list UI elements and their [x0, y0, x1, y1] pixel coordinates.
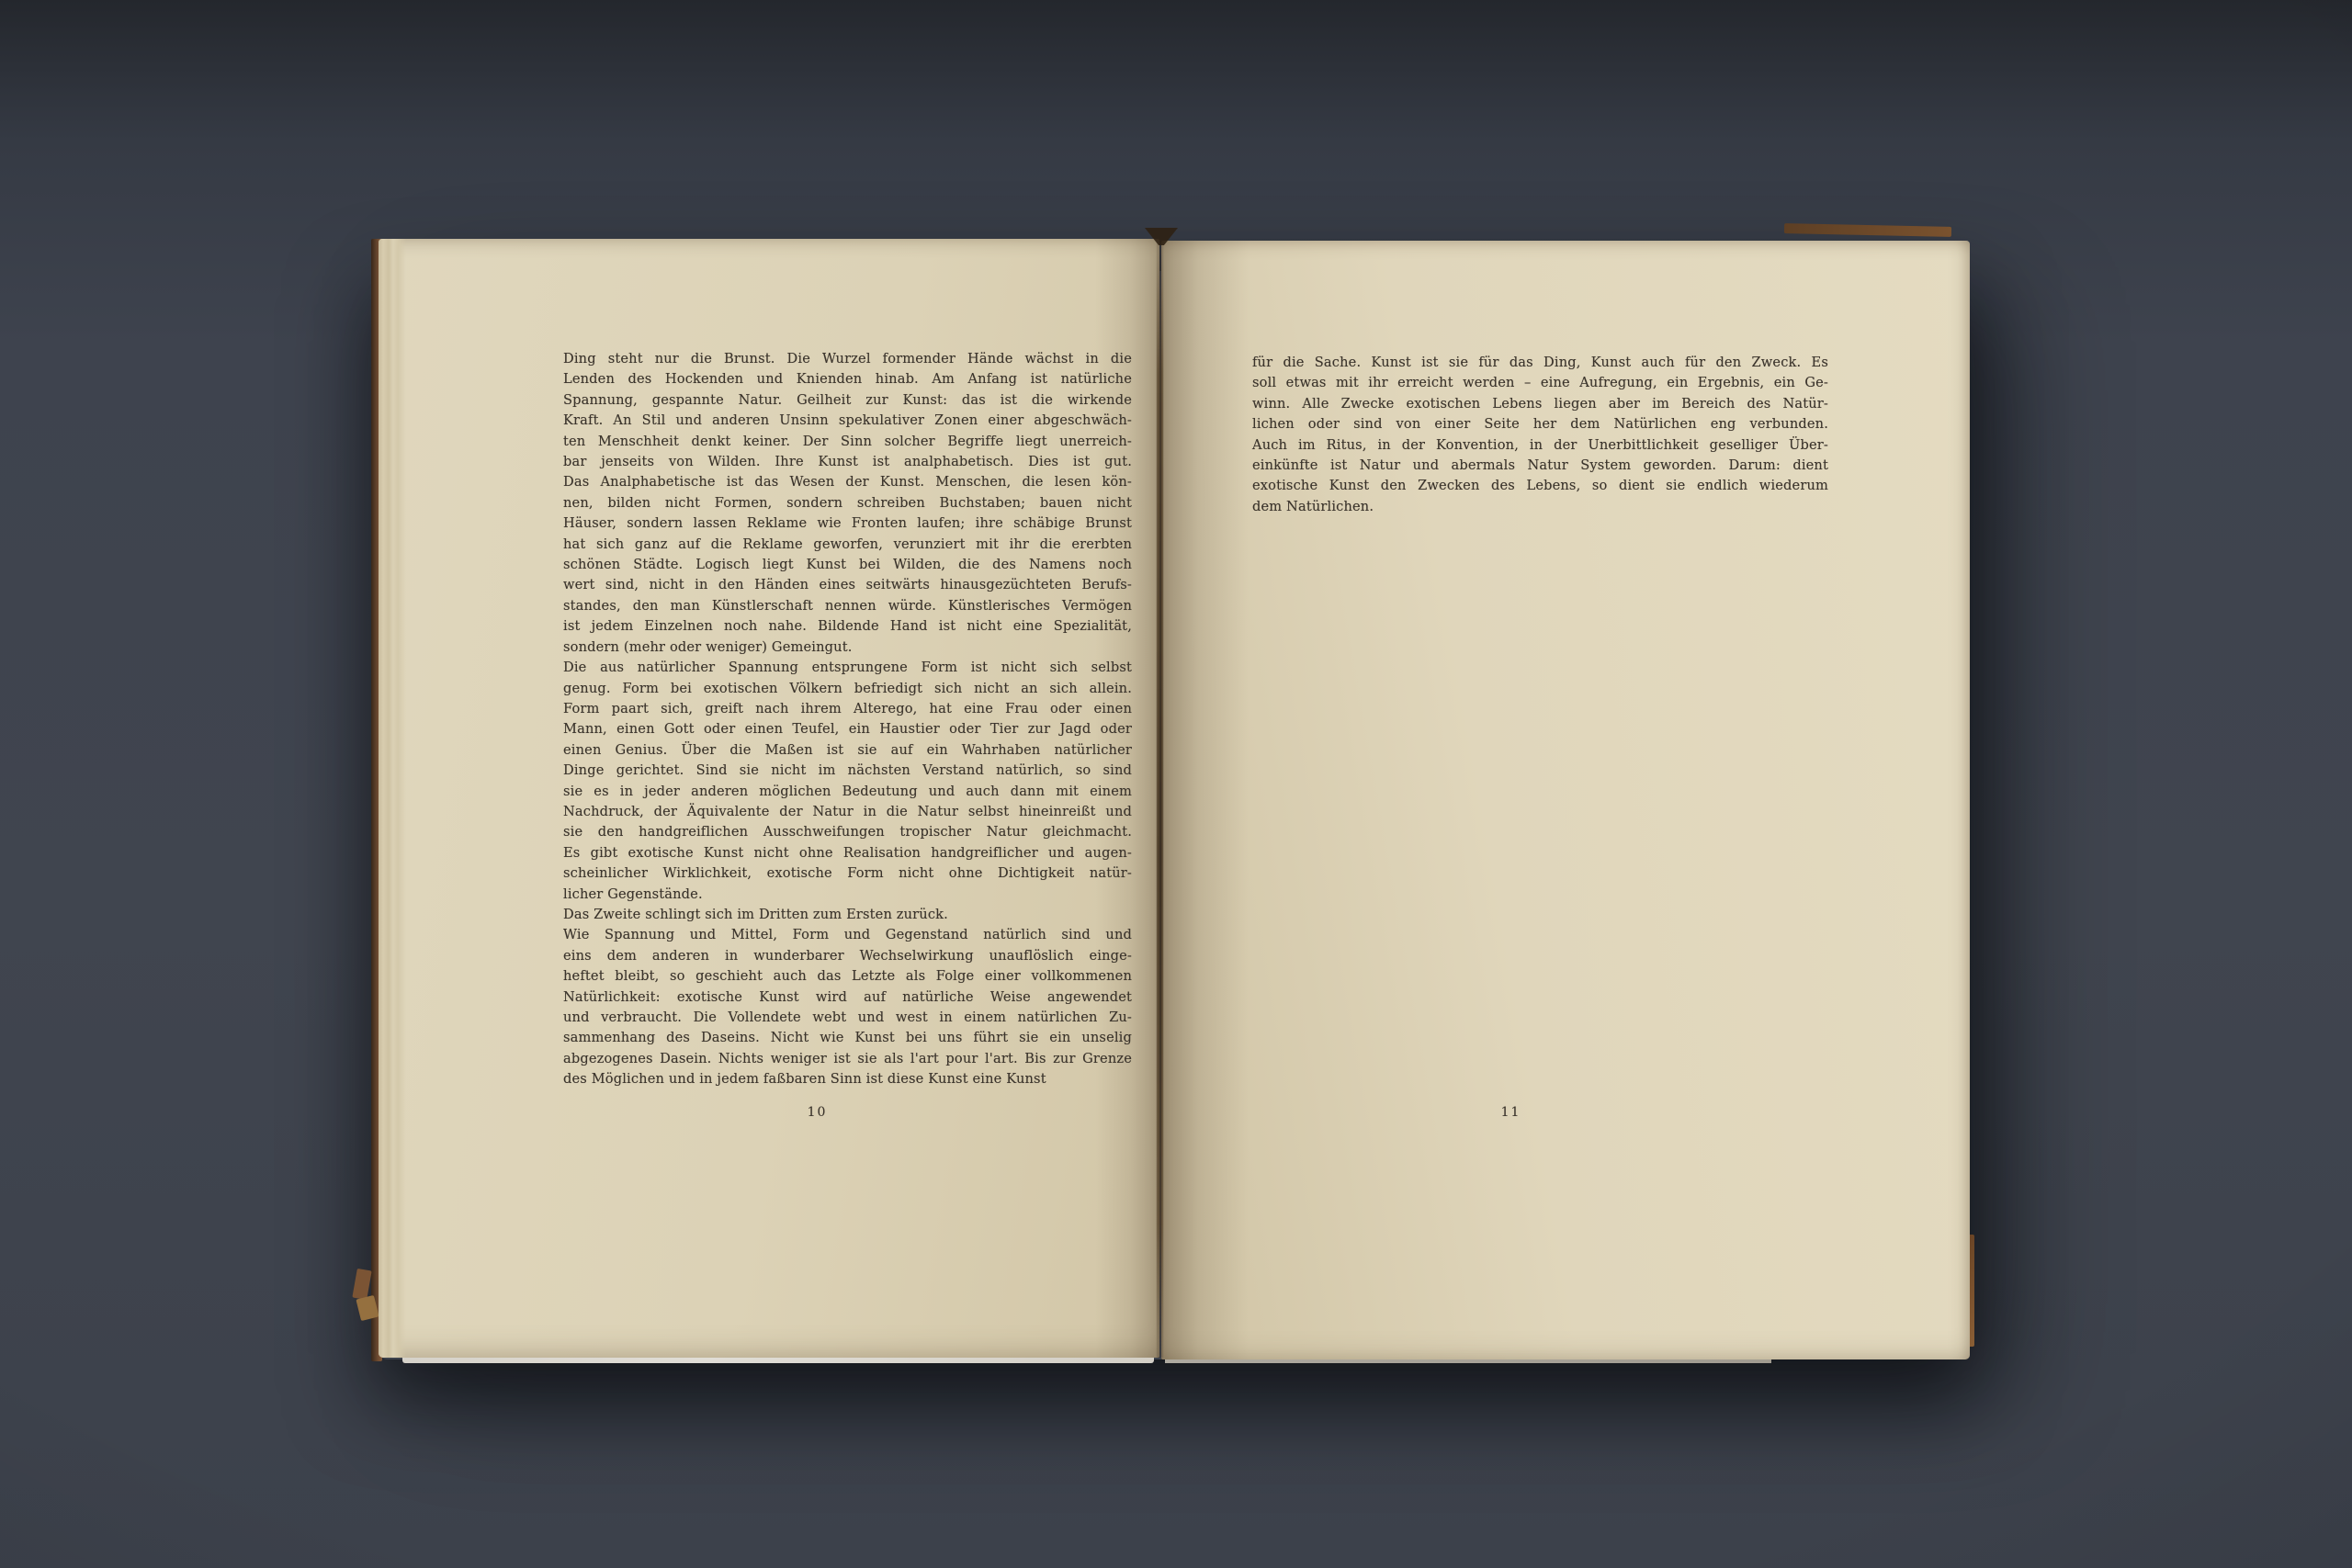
right-page-number: 11 [1223, 1105, 1799, 1120]
text-line: Das Analphabetische ist das Wesen der Ku… [563, 472, 1132, 492]
text-line: Kraft. An Stil und anderen Unsinn spekul… [563, 411, 1132, 431]
text-line: abgezogenes Dasein. Nichts weniger ist s… [563, 1049, 1132, 1069]
text-line: Ding steht nur die Brunst. Die Wurzel fo… [563, 349, 1132, 369]
paragraph: Wie Spannung und Mittel, Form und Gegens… [563, 925, 1132, 1089]
photo-scene: Ding steht nur die Brunst. Die Wurzel fo… [0, 0, 2352, 1568]
text-line: Es gibt exotische Kunst nicht ohne Reali… [563, 843, 1132, 863]
text-line: sie den handgreiflichen Ausschweifungen … [563, 822, 1132, 842]
text-line: Wie Spannung und Mittel, Form und Gegens… [563, 925, 1132, 945]
text-line: lichen oder sind von einer Seite her dem… [1252, 414, 1828, 434]
text-line: bar jenseits von Wilden. Ihre Kunst ist … [563, 452, 1132, 472]
text-line: standes, den man Künstlerschaft nennen w… [563, 596, 1132, 616]
text-line: dem Natürlichen. [1252, 497, 1828, 517]
text-line: und verbraucht. Die Vollendete webt und … [563, 1008, 1132, 1028]
text-line: Natürlichkeit: exotische Kunst wird auf … [563, 987, 1132, 1008]
text-line: soll etwas mit ihr erreicht werden – ein… [1252, 373, 1828, 393]
open-book: Ding steht nur die Brunst. Die Wurzel fo… [371, 228, 1973, 1367]
book-cover-top-edge [1784, 223, 1951, 237]
right-page-text: für die Sache. Kunst ist sie für das Din… [1252, 353, 1828, 517]
paragraph: Ding steht nur die Brunst. Die Wurzel fo… [563, 349, 1132, 658]
text-line: licher Gegenstände. [563, 885, 1132, 905]
text-line: Die aus natürlicher Spannung entsprungen… [563, 658, 1132, 678]
text-line: Das Zweite schlingt sich im Dritten zum … [563, 905, 1132, 925]
paragraph: Die aus natürlicher Spannung entsprungen… [563, 658, 1132, 905]
paragraph: für die Sache. Kunst ist sie für das Din… [1252, 353, 1828, 517]
text-line: des Möglichen und in jedem faßbaren Sinn… [563, 1069, 1132, 1089]
text-line: ten Menschheit denkt keiner. Der Sinn so… [563, 432, 1132, 452]
book-gutter-shadow [1157, 241, 1163, 1358]
text-line: ist jedem Einzelnen noch nahe. Bildende … [563, 616, 1132, 637]
text-line: Dinge gerichtet. Sind sie nicht im nächs… [563, 761, 1132, 781]
text-line: hat sich ganz auf die Reklame geworfen, … [563, 535, 1132, 555]
text-line: nen, bilden nicht Formen, sondern schrei… [563, 493, 1132, 513]
text-line: einen Genius. Über die Maßen ist sie auf… [563, 740, 1132, 761]
left-page-number: 10 [533, 1105, 1102, 1120]
text-line: Häuser, sondern lassen Reklame wie Front… [563, 513, 1132, 534]
text-line: einkünfte ist Natur und abermals Natur S… [1252, 456, 1828, 476]
text-line: Nachdruck, der Äquivalente der Natur in … [563, 802, 1132, 822]
text-line: schönen Städte. Logisch liegt Kunst bei … [563, 555, 1132, 575]
text-line: sondern (mehr oder weniger) Gemeingut. [563, 637, 1132, 658]
text-line: scheinlicher Wirklichkeit, exotische For… [563, 863, 1132, 884]
text-line: sie es in jeder anderen möglichen Bedeut… [563, 782, 1132, 802]
text-line: winn. Alle Zwecke exotischen Lebens lieg… [1252, 394, 1828, 414]
text-line: Auch im Ritus, in der Konvention, in der… [1252, 435, 1828, 456]
text-line: eins dem anderen in wunderbarer Wechselw… [563, 946, 1132, 966]
text-line: für die Sache. Kunst ist sie für das Din… [1252, 353, 1828, 373]
text-line: Form paart sich, greift nach ihrem Alter… [563, 699, 1132, 719]
text-line: Spannung, gespannte Natur. Geilheit zur … [563, 390, 1132, 411]
text-line: genug. Form bei exotischen Völkern befri… [563, 679, 1132, 699]
text-line: Mann, einen Gott oder einen Teufel, ein … [563, 719, 1132, 739]
text-line: heftet bleibt, so geschieht auch das Let… [563, 966, 1132, 987]
text-line: exotische Kunst den Zwecken des Lebens, … [1252, 476, 1828, 496]
left-page-text: Ding steht nur die Brunst. Die Wurzel fo… [563, 349, 1132, 1090]
paragraph: Das Zweite schlingt sich im Dritten zum … [563, 905, 1132, 925]
text-line: Lenden des Hockenden und Knienden hinab.… [563, 369, 1132, 389]
worn-cover-scrap [352, 1269, 371, 1300]
text-line: wert sind, nicht in den Händen eines sei… [563, 575, 1132, 595]
text-line: sammenhang des Daseins. Nicht wie Kunst … [563, 1028, 1132, 1048]
